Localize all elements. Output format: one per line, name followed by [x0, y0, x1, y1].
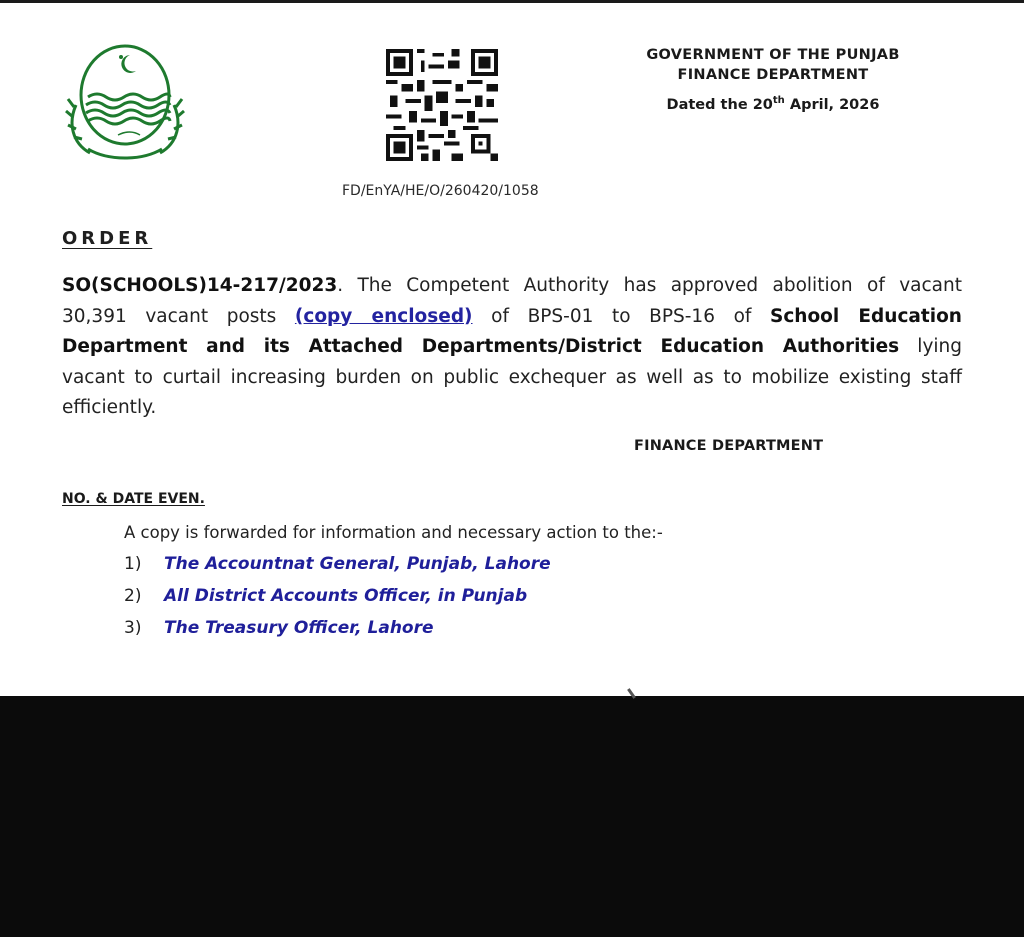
date-suffix: April, 2026 [785, 97, 880, 113]
recipient-name: The Treasury Officer, Lahore [164, 614, 434, 646]
order-body: SO(SCHOOLS)14-217/2023. The Competent Au… [62, 271, 962, 424]
list-item: 3)The Treasury Officer, Lahore [124, 614, 551, 646]
order-heading: ORDER [62, 228, 152, 249]
recipient-name: All District Accounts Officer, in Punjab [164, 582, 527, 614]
date-line: Dated the 20th April, 2026 [612, 95, 934, 113]
recipient-name: The Accountnat General, Punjab, Lahore [164, 550, 551, 582]
list-item: 1)The Accountnat General, Punjab, Lahore [124, 550, 551, 582]
date-superscript: th [773, 95, 785, 106]
order-number: SO(SCHOOLS)14-217/2023 [62, 275, 337, 296]
document-page: FD/EnYA/HE/O/260420/1058 GOVERNMENT OF T… [0, 3, 1024, 696]
date-prefix: Dated the 20 [667, 97, 773, 113]
order-text-2: of BPS-01 to BPS-16 of [473, 306, 771, 327]
reference-number: FD/EnYA/HE/O/260420/1058 [342, 183, 539, 199]
recipient-list: 1)The Accountnat General, Punjab, Lahore… [124, 550, 551, 646]
forwarding-intro: A copy is forwarded for information and … [124, 523, 663, 542]
pen-mark [627, 688, 636, 699]
no-date-even-heading: NO. & DATE EVEN. [62, 491, 205, 507]
item-number: 3) [124, 614, 164, 646]
qr-code [386, 48, 498, 162]
copy-enclosed-link[interactable]: (copy enclosed) [295, 306, 473, 327]
item-number: 1) [124, 550, 164, 582]
punjab-emblem-logo [58, 39, 192, 169]
letterhead: GOVERNMENT OF THE PUNJAB FINANCE DEPARTM… [612, 45, 934, 85]
item-number: 2) [124, 582, 164, 614]
signature-block: FINANCE DEPARTMENT [634, 438, 823, 454]
government-title: GOVERNMENT OF THE PUNJAB [612, 45, 934, 65]
list-item: 2)All District Accounts Officer, in Punj… [124, 582, 551, 614]
department-title: FINANCE DEPARTMENT [612, 65, 934, 85]
